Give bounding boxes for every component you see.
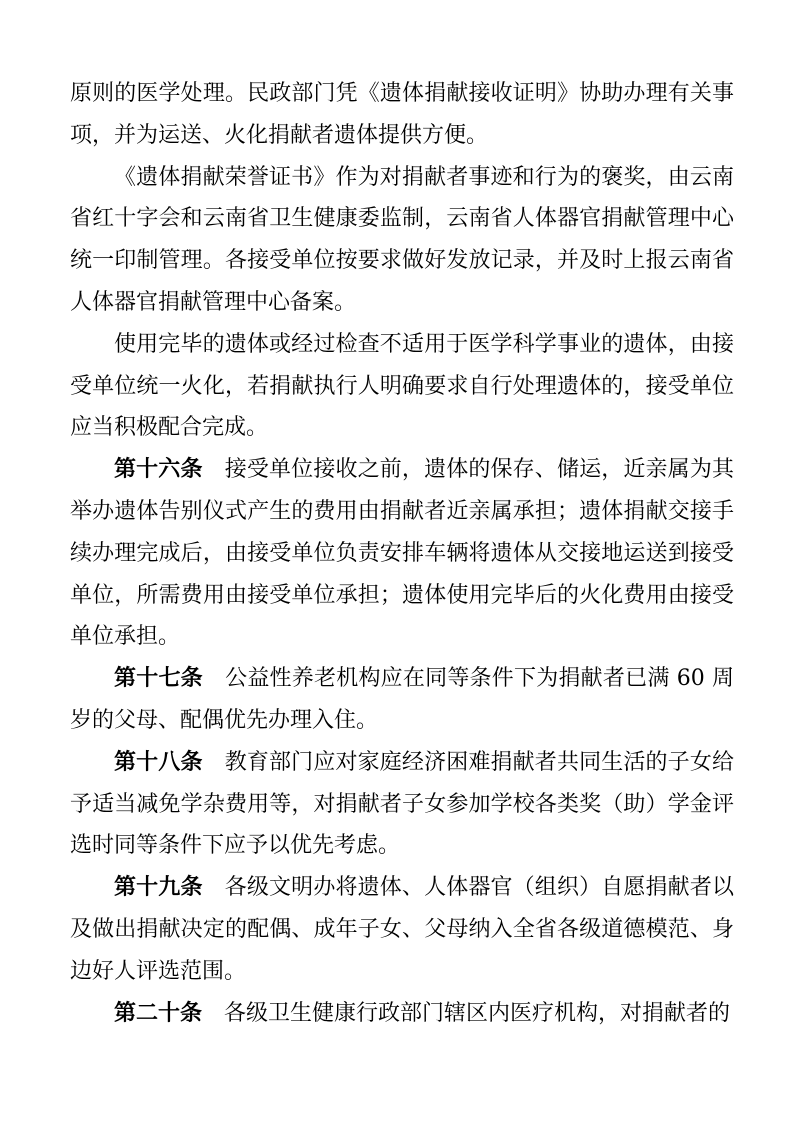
body-text-run: 使用完毕的遗体或经过检查不适用于医学科学事业的遗体，由接受单位统一火化，若捐献执… (70, 332, 734, 441)
paragraph-article-17: 第十七条 公益性养老机构应在同等条件下为捐献者已满 60 周岁的父母、配偶优先办… (70, 658, 734, 742)
article-number-heading: 第二十条 (114, 1000, 202, 1026)
paragraph-honor-certificate: 《遗体捐献荣誉证书》作为对捐献者事迹和行为的褒奖，由云南省红十字会和云南省卫生健… (70, 157, 734, 324)
body-text-run: 各级卫生健康行政部门辖区内医疗机构，对捐献者的 (202, 1001, 730, 1026)
document-page: 原则的医学处理。民政部门凭《遗体捐献接收证明》协助办理有关事项，并为运送、火化捐… (0, 0, 793, 1122)
paragraph-article-18: 第十八条 教育部门应对家庭经济困难捐献者共同生活的子女给予适当减免学杂费用等，对… (70, 742, 734, 867)
paragraph-article-16: 第十六条 接受单位接收之前，遗体的保存、储运，近亲属为其举办遗体告别仪式产生的费… (70, 449, 734, 658)
body-text-run: 原则的医学处理。民政部门凭《遗体捐献接收证明》协助办理有关事项，并为运送、火化捐… (70, 81, 734, 148)
article-number-heading: 第十八条 (114, 749, 203, 775)
paragraph-continuation: 原则的医学处理。民政部门凭《遗体捐献接收证明》协助办理有关事项，并为运送、火化捐… (70, 73, 734, 157)
article-number-heading: 第十七条 (114, 665, 203, 691)
paragraph-article-19: 第十九条 各级文明办将遗体、人体器官（组织）自愿捐献者以及做出捐献决定的配偶、成… (70, 867, 734, 992)
paragraph-body-disposal: 使用完毕的遗体或经过检查不适用于医学科学事业的遗体，由接受单位统一火化，若捐献执… (70, 324, 734, 449)
article-number-heading: 第十六条 (114, 456, 203, 482)
body-text-run: 《遗体捐献荣誉证书》作为对捐献者事迹和行为的褒奖，由云南省红十字会和云南省卫生健… (70, 165, 734, 315)
document-body: 原则的医学处理。民政部门凭《遗体捐献接收证明》协助办理有关事项，并为运送、火化捐… (70, 73, 734, 1034)
body-text-run: 接受单位接收之前，遗体的保存、储运，近亲属为其举办遗体告别仪式产生的费用由捐献者… (70, 457, 734, 649)
article-number-heading: 第十九条 (114, 874, 203, 900)
paragraph-article-20: 第二十条 各级卫生健康行政部门辖区内医疗机构，对捐献者的 (70, 993, 734, 1035)
